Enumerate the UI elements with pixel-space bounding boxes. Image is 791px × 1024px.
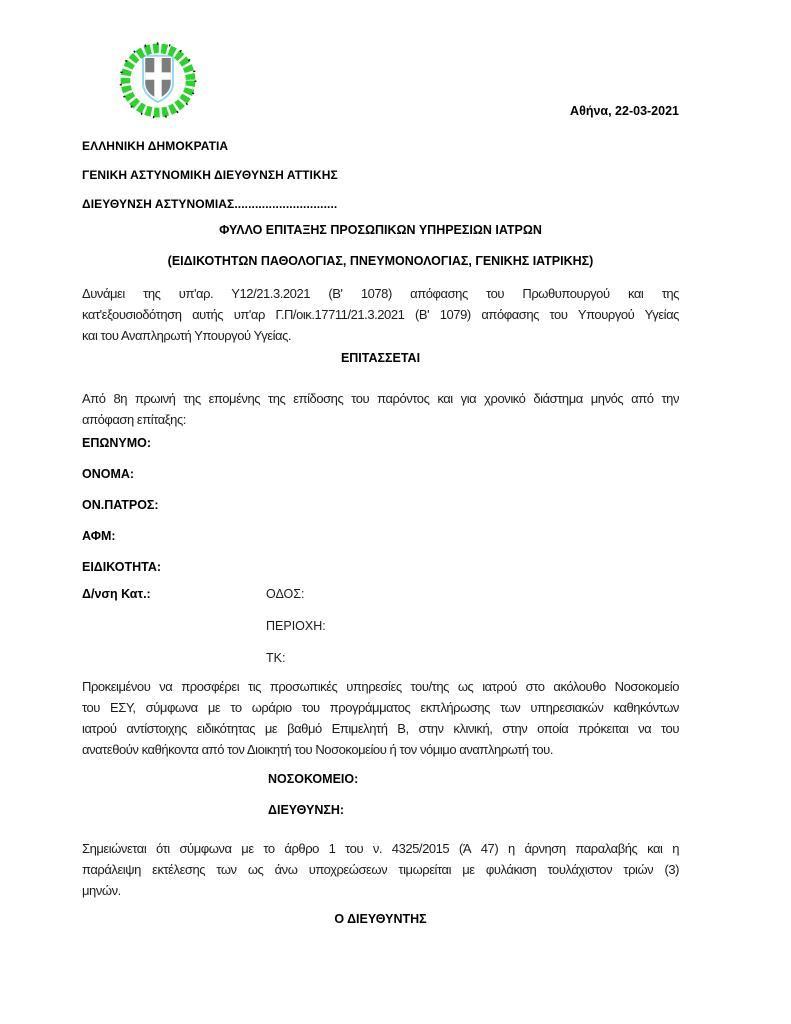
field-label-street: ΟΔΟΣ: xyxy=(266,587,304,601)
paragraph-line: Δυνάμει της υπ'αρ. Υ12/21.3.2021 (Β' 107… xyxy=(82,283,679,304)
heading-epitassetai: ΕΠΙΤΑΣΣΕΤΑΙ xyxy=(82,351,679,365)
field-label-residence-address: Δ/νση Κατ.: xyxy=(82,587,151,601)
org-line-police-directorate: ΓΕΝΙΚΗ ΑΣΤΥΝΟΜΙΚΗ ΔΙΕΥΘΥΝΣΗ ΑΤΤΙΚΗΣ xyxy=(82,168,338,182)
field-label-firstname: ΟΝΟΜΑ: xyxy=(82,467,134,481)
paragraph-effective-period: Από 8η πρωινή της επομένης της επίδοσης … xyxy=(82,388,679,430)
paragraph-line: Προκειμένου να προσφέρει τις προσωπικές … xyxy=(82,676,679,697)
field-label-area: ΠΕΡΙΟΧΗ: xyxy=(266,619,326,633)
field-label-fathername: ΟΝ.ΠΑΤΡΟΣ: xyxy=(82,498,159,512)
document-title: ΦΥΛΛΟ ΕΠΙΤΑΞΗΣ ΠΡΟΣΩΠΙΚΩΝ ΥΠΗΡΕΣΙΩΝ ΙΑΤΡ… xyxy=(82,223,679,237)
document-subtitle: (ΕΙΔΙΚΟΤΗΤΩΝ ΠΑΘΟΛΟΓΙΑΣ, ΠΝΕΥΜΟΝΟΛΟΓΙΑΣ,… xyxy=(82,254,679,268)
paragraph-line: απόφαση επίταξης: xyxy=(82,409,679,430)
paragraph-line: και του Αναπληρωτή Υπουργού Υγείας. xyxy=(82,325,679,346)
org-line-republic: ΕΛΛΗΝΙΚΗ ΔΗΜΟΚΡΑΤΙΑ xyxy=(82,139,228,153)
paragraph-line: ανατεθούν καθήκοντα από τον Διοικητή του… xyxy=(82,739,679,760)
paragraph-line: του ΕΣΥ, σύμφωνα με το ωράριο του προγρά… xyxy=(82,697,679,718)
paragraph-legal-basis: Δυνάμει της υπ'αρ. Υ12/21.3.2021 (Β' 107… xyxy=(82,283,679,346)
field-label-afm: ΑΦΜ: xyxy=(82,529,116,543)
field-label-specialty: ΕΙΔΙΚΟΤΗΤΑ: xyxy=(82,560,161,574)
paragraph-penalty-note: Σημειώνεται ότι σύμφωνα με το άρθρο 1 το… xyxy=(82,838,679,901)
paragraph-line: κατ'εξουσιοδότηση αυτής υπ'αρ Γ.Π/οικ.17… xyxy=(82,304,679,325)
org-line-police-division-blank: ΔΙΕΥΘΥΝΣΗ ΑΣΤΥΝΟΜΙΑΣ....................… xyxy=(82,197,337,211)
document-date: Αθήνα, 22-03-2021 xyxy=(82,104,679,118)
paragraph-line: Από 8η πρωινή της επομένης της επίδοσης … xyxy=(82,388,679,409)
paragraph-service-obligation: Προκειμένου να προσφέρει τις προσωπικές … xyxy=(82,676,679,760)
paragraph-line: παράλειψη εκτέλεσης των ως άνω υποχρεώσε… xyxy=(82,859,679,880)
field-label-hospital: ΝΟΣΟΚΟΜΕΙΟ: xyxy=(268,772,358,786)
field-label-surname: ΕΠΩΝΥΜΟ: xyxy=(82,436,151,450)
paragraph-line: Σημειώνεται ότι σύμφωνα με το άρθρο 1 το… xyxy=(82,838,679,859)
field-label-hospital-address: ΔΙΕΥΘΥΝΣΗ: xyxy=(268,803,344,817)
document-page: Αθήνα, 22-03-2021 ΕΛΛΗΝΙΚΗ ΔΗΜΟΚΡΑΤΙΑ ΓΕ… xyxy=(0,0,791,1024)
signature-title: Ο ΔΙΕΥΘΥΝΤΗΣ xyxy=(82,912,679,926)
field-label-postal-code: ΤΚ: xyxy=(266,651,285,665)
paragraph-line: μηνών. xyxy=(82,880,679,901)
paragraph-line: ιατρού αντίστοιχης ειδικότητας με βαθμό … xyxy=(82,718,679,739)
